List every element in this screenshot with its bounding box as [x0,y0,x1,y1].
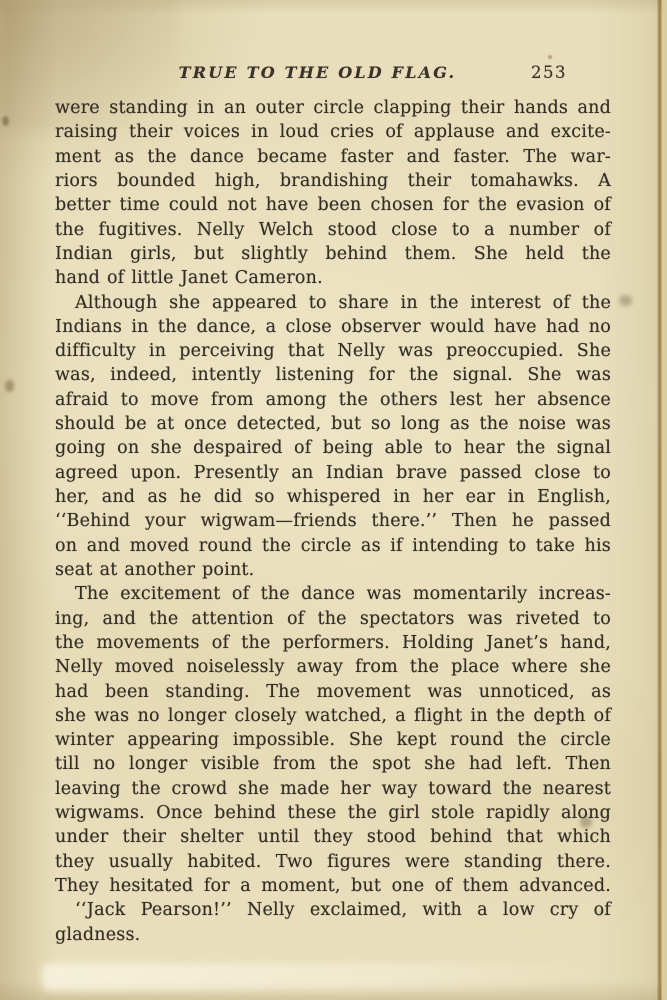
text-line: raising their voices in loud cries of ap… [55,120,611,144]
text-line: ‘‘Behind your wigwam—friends there.’’ Th… [55,509,611,533]
paragraph: were standing in an outer circle clappin… [55,96,611,291]
page-number: 253 [531,63,567,82]
text-line: Indians in the dance, a close observer w… [55,315,611,339]
text-line: on and moved round the circle as if inte… [55,534,611,558]
paper-speck [5,380,14,392]
paragraph: ‘‘Jack Pearson!’’ Nelly exclaimed, with … [55,898,611,947]
paper-speck [2,116,9,126]
text-line: better time could not have been chosen f… [55,193,611,217]
text-line: ‘‘Jack Pearson!’’ Nelly exclaimed, with … [55,898,611,922]
scanned-book-page: TRUE TO THE OLD FLAG. 253 were standing … [0,0,667,1000]
text-line: They hesitated for a moment, but one of … [55,874,611,898]
text-line: Although she appeared to share in the in… [55,291,611,315]
text-line: agreed upon. Presently an Indian brave p… [55,461,611,485]
paragraph: Although she appeared to share in the in… [55,291,611,583]
text-block: were standing in an outer circle clappin… [55,96,611,947]
text-line: till no longer visible from the spot she… [55,752,611,776]
text-line: were standing in an outer circle clappin… [55,96,611,120]
text-line: going on she despaired of being able to … [55,436,611,460]
paper-speck [619,295,632,306]
text-line: hand of little Janet Cameron. [55,266,611,290]
text-line: winter appearing impossible. She kept ro… [55,728,611,752]
text-line: gladness. [55,923,611,947]
page-edge-outer-strip [662,0,667,1000]
text-line: wigwams. Once behind these the girl stol… [55,801,611,825]
text-line: her, and as he did so whispered in her e… [55,485,611,509]
text-line: ing, and the attention of the spectators… [55,607,611,631]
text-line: they usually habited. Two figures were s… [55,850,611,874]
text-line: seat at another point. [55,558,611,582]
text-line: ment as the dance became faster and fast… [55,145,611,169]
page-edge-line [657,0,662,1000]
text-line: afraid to move from among the others les… [55,388,611,412]
scan-light-band [42,963,652,991]
paragraph: The excitement of the dance was momentar… [55,582,611,898]
text-line: Indian girls, but slightly behind them. … [55,242,611,266]
text-line: leaving the crowd she made her way towar… [55,777,611,801]
text-line: under their shelter until they stood beh… [55,825,611,849]
text-line: the fugitives. Nelly Welch stood close t… [55,218,611,242]
text-line: she was no longer closely watched, a fli… [55,704,611,728]
text-line: difficulty in perceiving that Nelly was … [55,339,611,363]
text-line: The excitement of the dance was momentar… [55,582,611,606]
text-line: riors bounded high, brandishing their to… [55,169,611,193]
paper-speck [548,55,552,59]
text-line: had been standing. The movement was unno… [55,680,611,704]
running-head-title: TRUE TO THE OLD FLAG. [40,63,595,82]
text-line: was, indeed, intently listening for the … [55,363,611,387]
text-line: the movements of the performers. Holding… [55,631,611,655]
text-line: should be at once detected, but so long … [55,412,611,436]
text-line: Nelly moved noiselessly away from the pl… [55,655,611,679]
